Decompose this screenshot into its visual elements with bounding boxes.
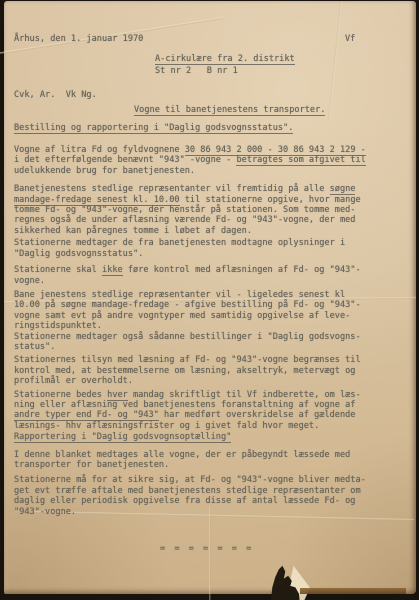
separator-dashes: = = = = = = = <box>160 544 408 554</box>
paragraph-banetjenestens-repraesentanter: Banetjenestens stedlige repræsentanter v… <box>14 184 408 236</box>
circular-numbers: St nr 2 B nr 1 <box>155 66 408 76</box>
document-title: Vogne til banetjenestens transporter. <box>134 105 325 116</box>
distribution-codes: Cvk, Ar. Vk Ng. <box>14 90 408 100</box>
paragraph-stationerne-medtager-oplysninger: Stationerne medtager de fra banetjeneste… <box>14 238 408 259</box>
reference-code: Vf <box>345 34 355 44</box>
paragraph-sikre-aftale: Stationerne må for at sikre sig, at Fd- … <box>14 475 408 517</box>
paragraph-indberetning-mandag: Stationerne bedes hver mandag skriftligt… <box>14 390 408 432</box>
circular-header: A-cirkulære fra 2. distrikt St nr 2 B nr… <box>155 54 408 77</box>
paragraph-tilsyn-laesning: Stationernes tilsyn med læsning af Fd- o… <box>14 355 408 386</box>
typewritten-content: Århus, den 1. januar 1970 Vf A-cirkulære… <box>4 1 416 594</box>
circular-title: A-cirkulære fra 2. distrikt <box>155 54 295 65</box>
bottom-edge-shadow <box>300 588 406 594</box>
section-heading-bestilling: Bestilling og rapportering i "Daglig god… <box>14 123 408 133</box>
paragraph-vogne-litra-fd: Vogne af litra Fd og fyldvognene 30 86 9… <box>14 145 408 176</box>
section-heading-rapportering: Rapportering i "Daglig godsvognsoptællin… <box>14 432 408 442</box>
title-row: Vogne til banetjenestens transporter. <box>134 105 408 115</box>
paragraph-ingen-kontrol: Stationerne skal ikke føre kontrol med a… <box>14 265 408 286</box>
paragraph-bestilling-kl-10: Bane jenestens stedlige repræsentanter v… <box>14 290 408 352</box>
dateline-row: Århus, den 1. januar 1970 Vf <box>14 34 408 45</box>
paragraph-blanket-medtages: I denne blanket medtages alle vogne, der… <box>14 450 408 471</box>
document-page: Århus, den 1. januar 1970 Vf A-cirkulære… <box>4 1 416 594</box>
photo-background: Århus, den 1. januar 1970 Vf A-cirkulære… <box>0 0 419 600</box>
dateline: Århus, den 1. januar 1970 <box>14 34 143 44</box>
